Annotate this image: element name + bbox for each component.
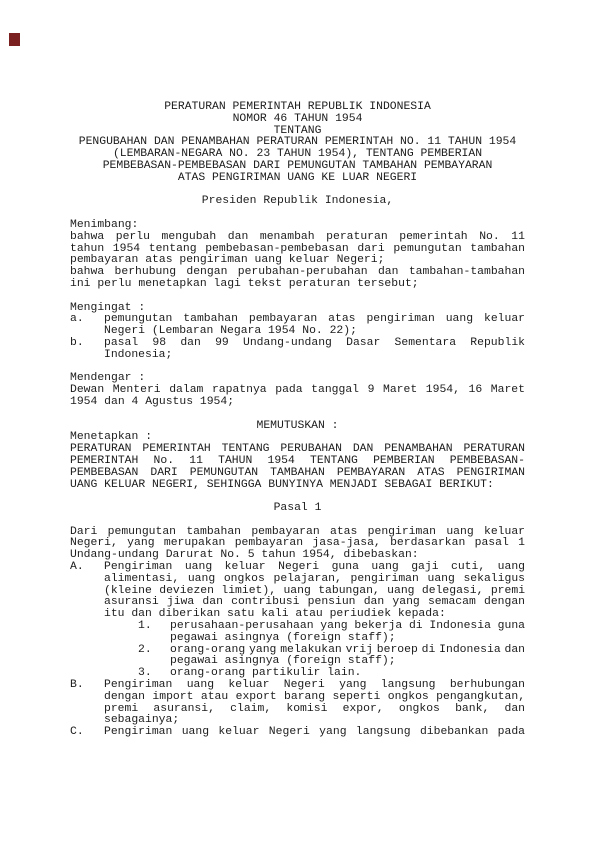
document-page: PERATURAN PEMERINTAH REPUBLIK INDONESIAN… [0, 0, 595, 842]
doc-title-block: PERATURAN PEMERINTAH REPUBLIK INDONESIAN… [70, 102, 525, 185]
doc-line: Indonesia; [104, 350, 525, 362]
list-item: 2.orang-orang yang melakukan vrij beroep… [138, 645, 525, 669]
page-corner-marker [9, 33, 20, 46]
centered-heading: Pasal 1 [70, 503, 525, 515]
doc-body: Menimbang:bahwa perlu mengubah dan menam… [70, 220, 525, 739]
paragraph: bahwa berhubung dengan perubahan-perubah… [70, 267, 525, 291]
list-marker: C. [70, 727, 84, 739]
doc-line: pegawai asingnya (foreign staff); [170, 633, 525, 645]
doc-title-line: PEMBEBASAN-PEMBEBASAN DARI PEMUNGUTAN TA… [70, 161, 525, 173]
list-item: C.Pengiriman uang keluar Negeri yang lan… [70, 727, 525, 739]
doc-line: UANG KELUAR NEGERI, SEHINGGA BUNYINYA ME… [70, 480, 525, 492]
doc-line: PEMERINTAH No. 11 TAHUN 1954 TENTANG PEM… [70, 456, 525, 468]
list-marker: B. [70, 680, 84, 692]
doc-title-line: NOMOR 46 TAHUN 1954 [70, 114, 525, 126]
list-marker: 2. [138, 645, 152, 657]
list-item: b.pasal 98 dan 99 Undang-undang Dasar Se… [70, 338, 525, 362]
doc-line: 1954 dan 4 Agustus 1954; [70, 397, 525, 409]
list-item: 1.perusahaan-perusahaan yang bekerja di … [138, 621, 525, 645]
doc-line: Pengiriman uang keluar Negeri yang langs… [104, 727, 525, 739]
doc-line: pasal 98 dan 99 Undang-undang Dasar Seme… [104, 338, 525, 350]
list-marker: b. [70, 338, 84, 350]
paragraph: bahwa perlu mengubah dan menambah peratu… [70, 232, 525, 267]
section-heading: Menimbang: [70, 220, 525, 232]
doc-line: ini perlu menetapkan lagi tekst peratura… [70, 279, 525, 291]
list-marker: a. [70, 314, 84, 326]
list-item: a.pemungutan tambahan pembayaran atas pe… [70, 314, 525, 338]
doc-title-line: ATAS PENGIRIMAN UANG KE LUAR NEGERI [70, 173, 525, 185]
doc-line: PEMBEBASAN DARI PEMUNGUTAN TAMBAHAN PEMB… [70, 468, 525, 480]
doc-line: alimentasi, uang ongkos pelajaran, pengi… [104, 574, 525, 586]
list-marker: A. [70, 562, 84, 574]
list-marker: 1. [138, 621, 152, 633]
doc-content: PERATURAN PEMERINTAH REPUBLIK INDONESIAN… [70, 102, 525, 739]
list-item: A.Pengiriman uang keluar Negeri guna uan… [70, 562, 525, 621]
paragraph: Dewan Menteri dalam rapatnya pada tangga… [70, 385, 525, 409]
doc-line: bahwa perlu mengubah dan menambah peratu… [70, 232, 525, 244]
paragraph: PERATURAN PEMERINTAH TENTANG PERUBAHAN D… [70, 444, 525, 491]
doc-line: dengan import atau export barang seperti… [104, 692, 525, 704]
salutation-line: Presiden Republik Indonesia, [70, 196, 525, 208]
paragraph: Dari pemungutan tambahan pembayaran atas… [70, 527, 525, 562]
list-item: B.Pengiriman uang keluar Negeri yang lan… [70, 680, 525, 727]
